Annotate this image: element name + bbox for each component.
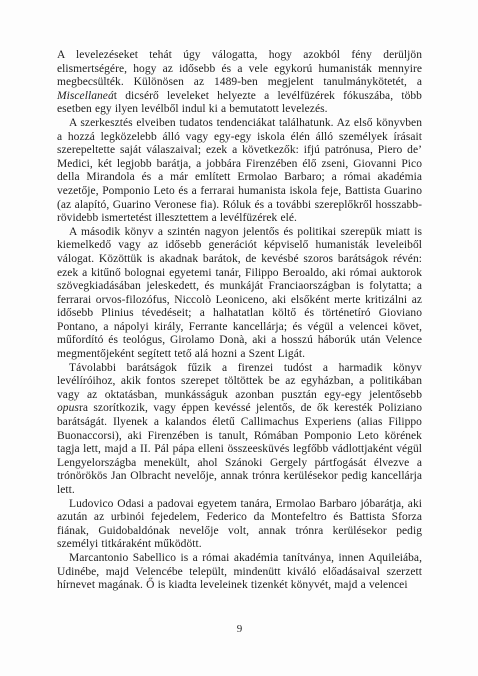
body-text: A második könyv a szintén nagyon jelentő… — [57, 226, 422, 360]
paragraph: Ludovico Odasi a padovai egyetem tanára,… — [57, 498, 422, 552]
body-text: Marcantonio Sabellico is a római akadémi… — [57, 552, 422, 591]
book-page: A levelezéseket tehát úgy válogatta, hog… — [0, 0, 478, 676]
body-text: ra szorítkozik, vagy éppen kevéssé jelen… — [57, 402, 422, 496]
body-text: Távolabbi barátságok fűzik a firenzei tu… — [57, 362, 422, 401]
text-block: A levelezéseket tehát úgy válogatta, hog… — [57, 49, 422, 593]
paragraph: Marcantonio Sabellico is a római akadémi… — [57, 552, 422, 593]
body-text: A levelezéseket tehát úgy válogatta, hog… — [57, 49, 422, 88]
paragraph: A szerkesztés elveiben tudatos tendenciá… — [57, 117, 422, 226]
body-text: A szerkesztés elveiben tudatos tendenciá… — [57, 117, 422, 224]
body-text: Ludovico Odasi a padovai egyetem tanára,… — [57, 498, 422, 551]
italic-text: opus — [57, 402, 79, 414]
paragraph: A második könyv a szintén nagyon jelentő… — [57, 226, 422, 362]
italic-text: Miscellaneá — [57, 90, 114, 102]
paragraph: A levelezéseket tehát úgy válogatta, hog… — [57, 49, 422, 117]
page-number: 9 — [57, 623, 422, 635]
paragraph: Távolabbi barátságok fűzik a firenzei tu… — [57, 362, 422, 498]
